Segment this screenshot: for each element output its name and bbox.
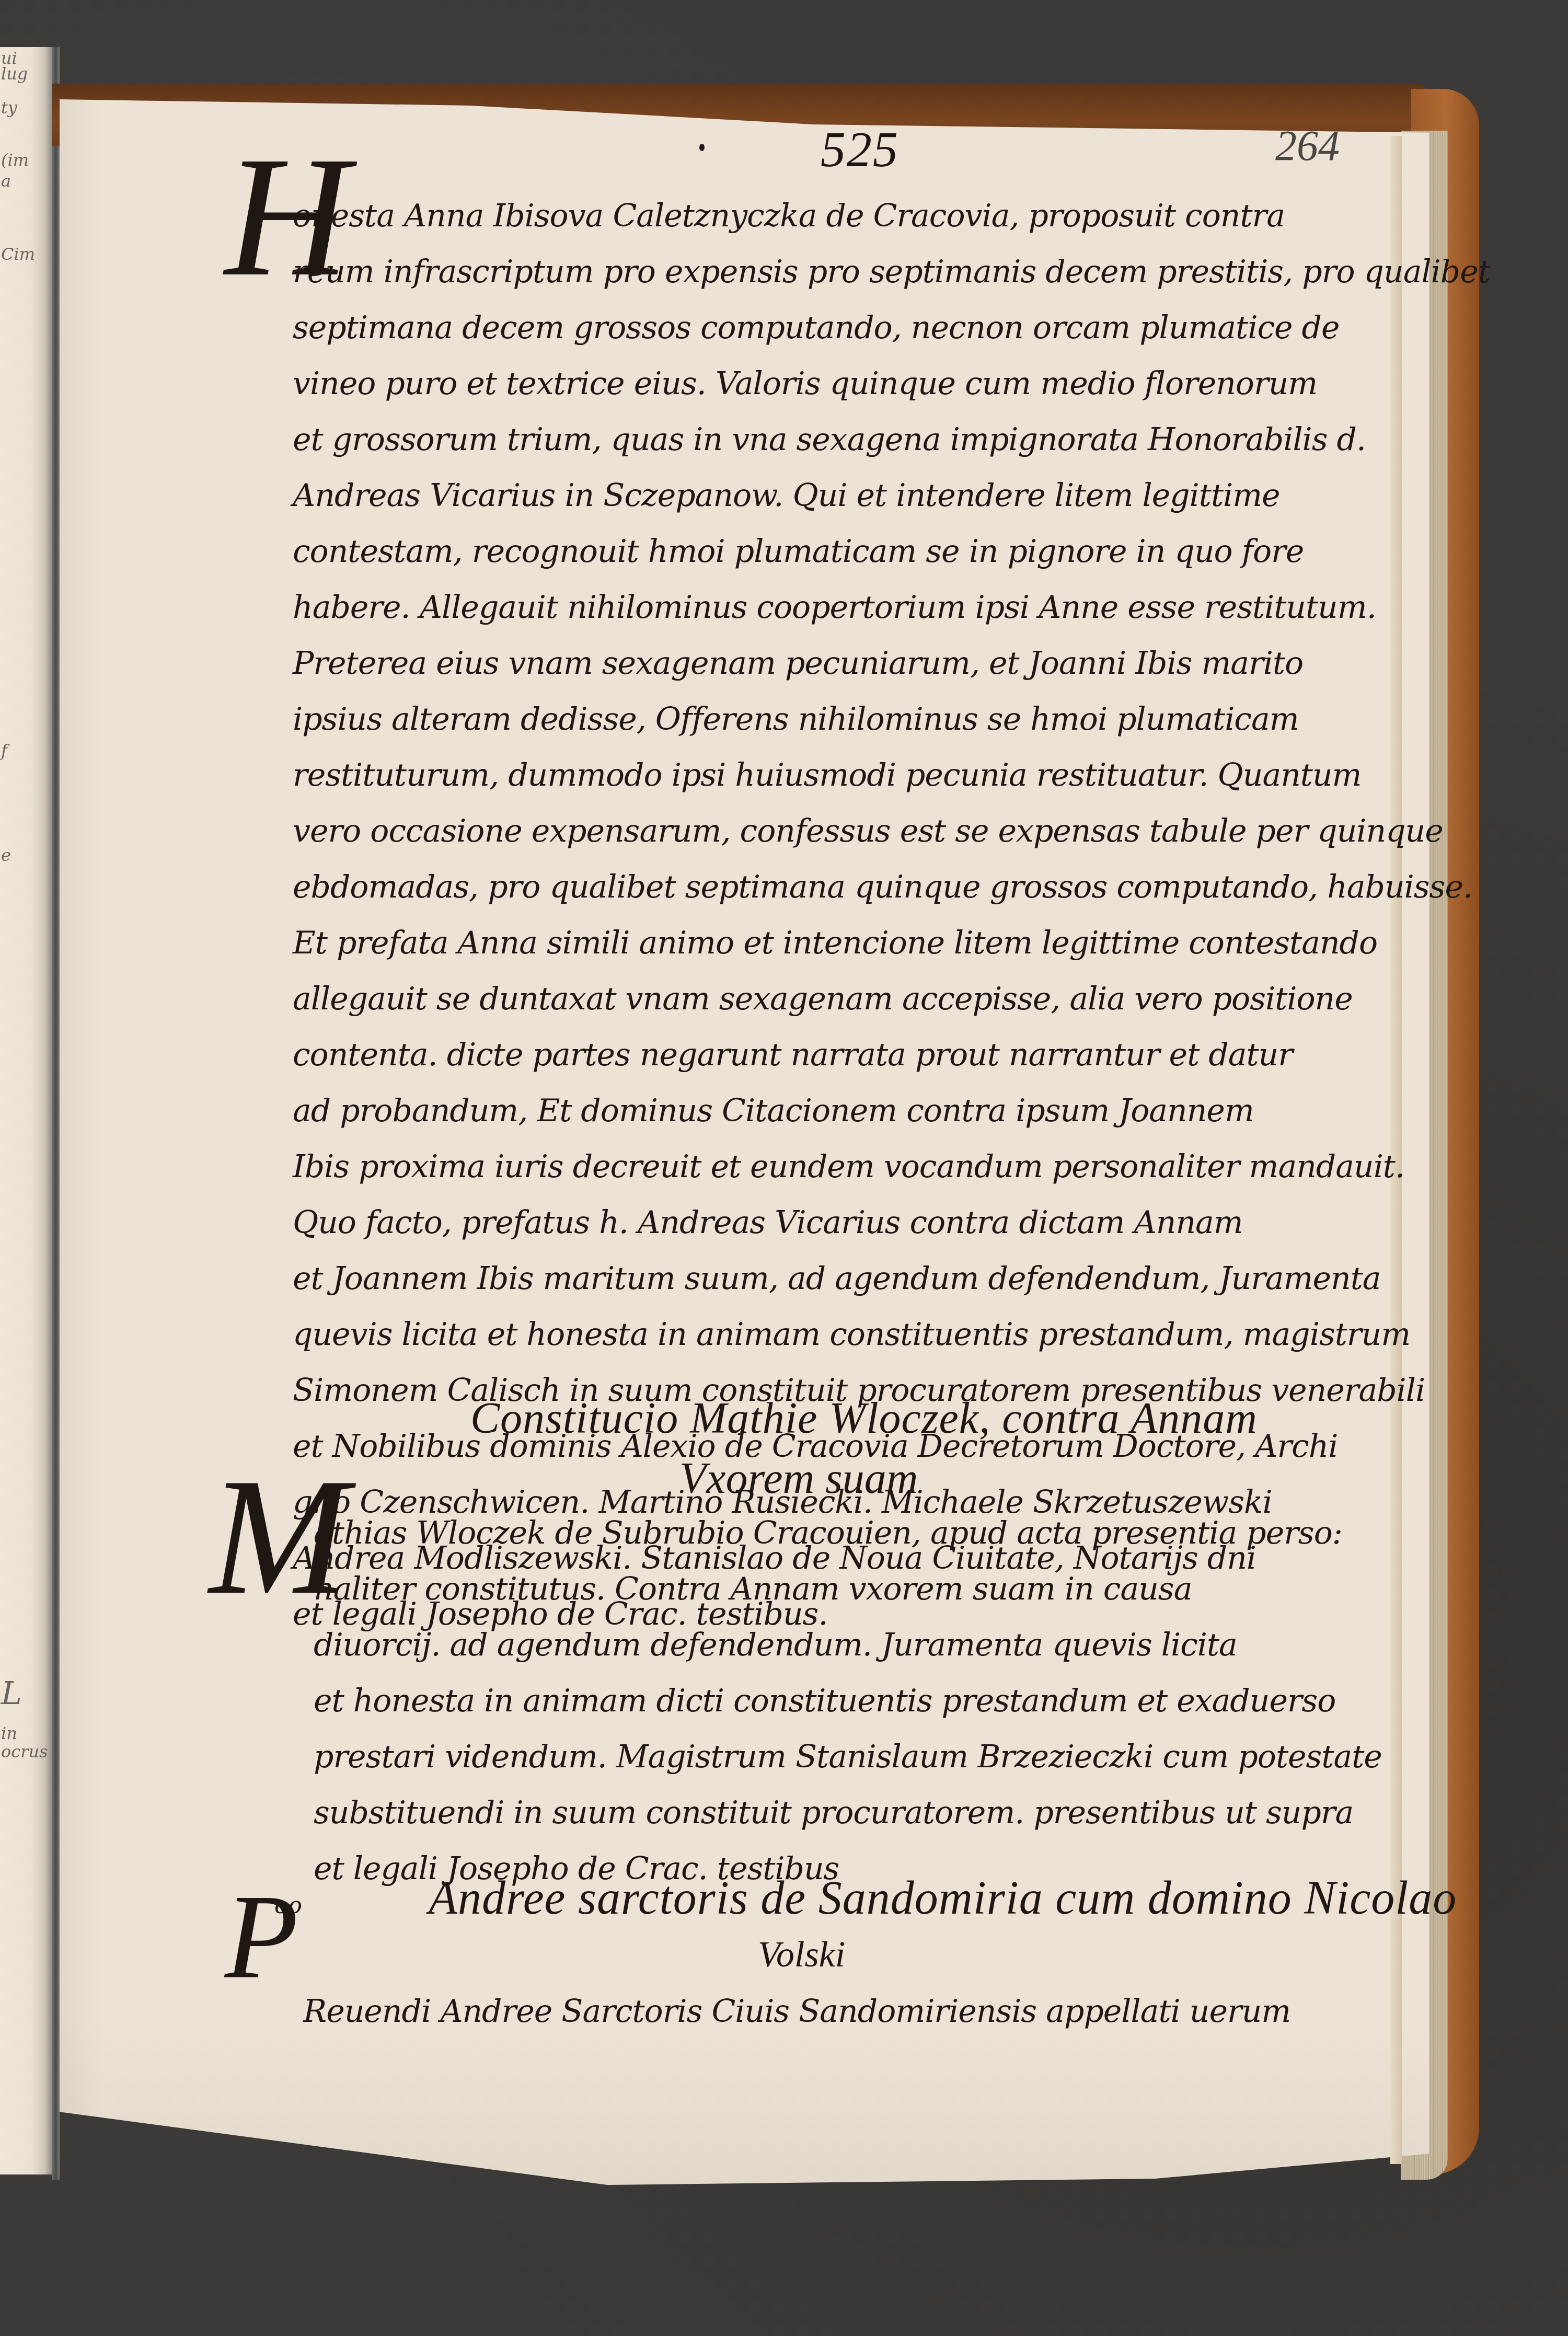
margin-fragment: ocrus	[1, 1743, 48, 1760]
text-line: et grossorum trium, quas in vna sexagena…	[293, 412, 1390, 468]
text-line: quevis licita et honesta in animam const…	[293, 1307, 1390, 1363]
text-line: prestari videndum. Magistrum Stanislaum …	[314, 1729, 1385, 1785]
text-line: vero occasione expensarum, confessus est…	[293, 803, 1390, 859]
margin-fragment: ty	[1, 99, 17, 116]
text-line: septimana decem grossos computando, necn…	[293, 300, 1390, 356]
text-line: habere. Allegauit nihilominus coopertori…	[293, 580, 1390, 636]
text-line: reum infrascriptum pro expensis pro sept…	[293, 244, 1390, 300]
margin-fragment: lug	[1, 65, 28, 82]
text-line: Reuendi Andree Sarctoris Ciuis Sandomiri…	[303, 1984, 1375, 2040]
text-line: athias Wloczek de Subrubio Cracouien, ap…	[314, 1505, 1385, 1561]
margin-fragment: f	[1, 742, 7, 759]
text-line: contestam, recognouit hmoi plumaticam se…	[293, 524, 1390, 580]
text-line: allegauit se duntaxat vnam sexagenam acc…	[293, 971, 1390, 1027]
text-line: Et prefata Anna simili animo et intencio…	[293, 915, 1390, 971]
text-line: et Joannem Ibis maritum suum, ad agendum…	[293, 1251, 1390, 1307]
margin-fragment: e	[1, 847, 11, 864]
book-gutter	[52, 47, 60, 2180]
text-line: restituturum, dummodo ipsi huiusmodi pec…	[293, 747, 1390, 803]
page-number: 525	[821, 120, 899, 178]
text-line: Quo facto, prefatus h. Andreas Vicarius …	[293, 1195, 1390, 1251]
text-line: contenta. dicte partes negarunt narrata …	[293, 1027, 1390, 1083]
text-line: substituendi in suum constituit procurat…	[314, 1785, 1385, 1841]
text-line: et honesta in animam dicti constituentis…	[314, 1673, 1385, 1729]
text-line: ebdomadas, pro qualibet septimana quinqu…	[293, 859, 1390, 915]
folio-number: 264	[1275, 121, 1340, 170]
text-line: diuorcij. ad agendum defendendum. Jurame…	[314, 1617, 1385, 1673]
text-line: Andreas Vicarius in Sczepanow. Qui et in…	[293, 468, 1390, 524]
entry-3-heading-continued: Volski	[758, 1934, 845, 1976]
entry-2-text: athias Wloczek de Subrubio Cracouien, ap…	[314, 1505, 1385, 1897]
left-facing-page: ui lug ty (im a Cim f e L in ocrus	[0, 47, 52, 2174]
side-mark: oo	[274, 1892, 302, 1919]
text-line: vineo puro et textrice eius. Valoris qui…	[293, 356, 1390, 412]
entry-3-heading: Andree sarctoris de Sandomiria cum domin…	[429, 1871, 1457, 1925]
margin-fragment: in	[1, 1725, 17, 1742]
text-line: Ibis proxima iuris decreuit et eundem vo…	[293, 1139, 1390, 1195]
text-line: ipsius alteram dedisse, Offerens nihilom…	[293, 692, 1390, 747]
entry-2-heading: Constitucio Mathie Wloczek, contra Annam	[470, 1393, 1258, 1444]
margin-fragment: L	[1, 1678, 22, 1709]
text-line: ad probandum, Et dominus Citacionem cont…	[293, 1083, 1390, 1139]
text-line: Preterea eius vnam sexagenam pecuniarum,…	[293, 636, 1390, 692]
text-line: onesta Anna Ibisova Caletznyczka de Crac…	[293, 188, 1390, 244]
margin-fragment: Cim	[1, 246, 35, 262]
margin-fragment: a	[1, 172, 11, 189]
entry-2-heading-continued: Vxorem suam	[679, 1453, 918, 1504]
left-page-margin-notes: ui lug ty (im a Cim f e L in ocrus	[0, 47, 42, 2174]
ink-dot	[699, 144, 705, 151]
text-line: naliter constitutus. Contra Annam vxorem…	[314, 1561, 1385, 1617]
margin-fragment: (im	[1, 152, 29, 168]
entry-3-text: Reuendi Andree Sarctoris Ciuis Sandomiri…	[303, 1984, 1375, 2040]
